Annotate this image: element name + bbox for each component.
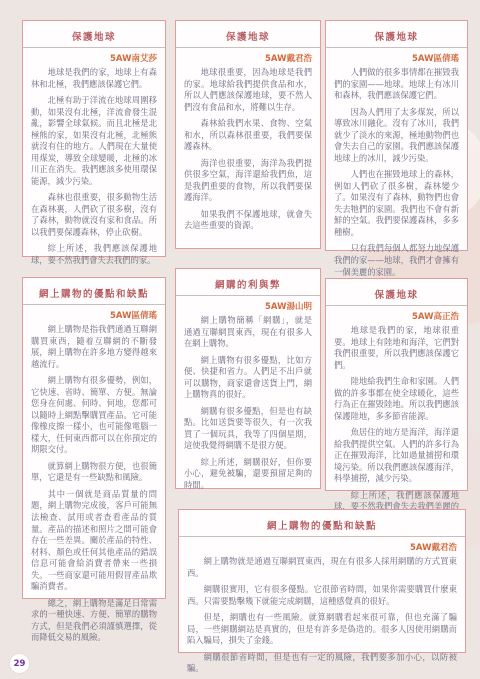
essay-paragraph: 網購有很多優點，但是也有缺點。比如送貨要等很久，有一次我買了一個玩具，我等了四個… (184, 406, 312, 452)
essay-author: 5AW高正浩 (334, 310, 459, 322)
essay-author: 5AW戴君浩 (184, 52, 312, 64)
page-number: 29 (14, 659, 26, 669)
essay-paragraph: 陸地給我們生命和家園。人們做的許多事都在使全球暖化，這些行為正在摧毀陸地。所以我… (334, 376, 459, 422)
essay-paragraph: 地球是我們的家，地球上有森林和北極，我們應該保護它們。 (31, 67, 157, 90)
title-divider (326, 305, 467, 306)
essay-author: 5AW戴君浩 (187, 541, 457, 553)
essay-paragraph: 網購很實用，它有很多優點。它很節省時間，如果你需要購買什麼東西。只需要點擊幾下就… (187, 584, 457, 607)
essay-card: 保護地球 5AW區倩瑤 人們做的很多事情都在摧毀我們的家園——地球。地球上有冰川… (325, 20, 468, 251)
essay-paragraph: 網上購物就是通過互聯網買東西，現在有很多人採用網購的方式買東西。 (187, 556, 457, 579)
essay-paragraph: 北極有助于洋流在地球周圍移動，如果沒有北極，洋流會發生混亂，影響全球氣候。而且北… (31, 95, 157, 187)
essay-paragraph: 地球是我們的家，地球很重要。地球上有陸地和海洋，它們對我們很重要，所以我們應該保… (334, 325, 459, 371)
essay-title: 保護地球 (184, 29, 312, 43)
essay-author: 5AW南艾莎 (31, 52, 157, 64)
essay-paragraph: 網上購物簡稱「網購」，就是通過互聯網買東西，現在有很多人在網上購物。 (184, 315, 312, 350)
essay-paragraph: 但是，網購也有一些風險。就算網購看起來很可靠，但也充滿了騙局，一些網購網站是真實… (187, 612, 457, 647)
title-divider (23, 304, 165, 305)
essay-title: 網上購物的優點和缺點 (187, 518, 457, 532)
essay-paragraph: 只有我們每個人都努力地保護我們的家——地球，我們才會擁有一個美麗的家園。 (334, 243, 459, 278)
title-divider (23, 47, 165, 48)
essay-paragraph: 地球很重要，因為地球是我們的家。地球給我們提供食品和水，所以人們應該保護地球，要… (184, 67, 312, 113)
essay-paragraph: 魚居住的地方是海洋，海洋還給我們提供空氣。人們的許多行為正在摧毀海洋，比如過量捕… (334, 427, 459, 485)
essay-card: 網購的利與弊 5AW湯山明 網上購物簡稱「網購」，就是通過互聯網買東西，現在有很… (175, 268, 321, 489)
essay-paragraph: 森林也很重要，很多動物生活在森林裏，人們砍了很多樹，沒有了森林，動物就沒有家和食… (31, 192, 157, 238)
essay-paragraph: 就算網上購物很方便，也很簡單，它還是有一些缺點和風險。 (31, 461, 157, 484)
title-divider (176, 295, 320, 296)
title-divider (176, 47, 320, 48)
page-number-badge: 29 (10, 654, 29, 673)
essay-author: 5AW區倩瑤 (334, 52, 459, 64)
essay-card: 保護地球 5AW高正浩 地球是我們的家，地球很重要。地球上有陸地和海洋，它們對我… (325, 278, 468, 491)
essay-card: 網上購物的優點和缺點 5AW區倩瑤 網上購物是指我們通過互聯網購買東西，隨着互聯… (22, 277, 166, 599)
essay-card: 保護地球 5AW戴君浩 地球很重要，因為地球是我們的家。地球給我們提供食品和水，… (175, 20, 321, 249)
essay-paragraph: 綜上所述，我們應該保護地球，要不然我們會失去我們的家。 (31, 243, 157, 266)
essay-paragraph: 其中一個就是商品質量的問題，網上購物完成後，客戶可能無法檢查、試用或者查看產品的… (31, 489, 157, 593)
essay-author: 5AW湯山明 (184, 300, 312, 312)
essay-paragraph: 人們做的很多事情都在摧毀我們的家園——地球。地球上有冰川和森林，我們應該保護它們… (334, 67, 459, 102)
essay-paragraph: 網上購物是指我們通過互聯網購買東西，隨着互聯網的不斷發展，網上購物在許多地方變得… (31, 324, 157, 370)
essay-paragraph: 如果我們不保護地球，就會失去這些重要的資源。 (184, 209, 312, 232)
title-divider (326, 47, 467, 48)
essay-paragraph: 總之，網上購物是滿足日常需求的一種快速、方便、簡單的購物方式，但是我們必須謹慎選… (31, 598, 157, 644)
essay-paragraph: 綜上所述，網購很好，但你要小心，避免被騙，還要預留足夠的時間。 (184, 457, 312, 492)
essay-paragraph: 人們也在摧毀地球上的森林，例如人們砍了很多樹，森林變少了。如果沒有了森林，動物們… (334, 169, 459, 238)
magazine-page: 保護地球 5AW南艾莎 地球是我們的家，地球上有森林和北極，我們應該保護它們。 … (0, 0, 480, 679)
essay-paragraph: 網購很節省時間，但是也有一定的風險，我們要多加小心，以防被騙。 (187, 652, 457, 675)
essay-card: 保護地球 5AW南艾莎 地球是我們的家，地球上有森林和北極，我們應該保護它們。 … (22, 20, 166, 257)
essay-author: 5AW區倩瑤 (31, 309, 157, 321)
essay-paragraph: 網上購物有很多優點，比如方便、快捷和省力。人們足不出戶就可以購物，商家還會送貨上… (184, 355, 312, 401)
essay-title: 保護地球 (334, 29, 459, 43)
title-divider (179, 536, 465, 537)
essay-title: 保護地球 (334, 287, 459, 301)
essay-title: 網上購物的優點和缺點 (31, 286, 157, 300)
essay-paragraph: 森林給我們水果、食物、空氣和水，所以森林很重要，我們要保護森林。 (184, 118, 312, 153)
essay-title: 保護地球 (31, 29, 157, 43)
essay-paragraph: 海洋也很重要，海洋為我們提供很多空氣，海洋還給我們魚，這是我們重要的食物，所以我… (184, 158, 312, 204)
essay-card: 網上購物的優點和缺點 5AW戴君浩 網上購物就是通過互聯網買東西，現在有很多人採… (178, 509, 466, 653)
essay-title: 網購的利與弊 (184, 277, 312, 291)
essay-paragraph: 因為人們用了太多煤炭，所以導致冰川融化。沒有了冰川，我們就少了淡水的來源，極地動… (334, 107, 459, 165)
essay-paragraph: 網上購物有很多優勢，例如，它快速、省時、簡單、方便。無論您身在何處、何時、何地，… (31, 375, 157, 456)
